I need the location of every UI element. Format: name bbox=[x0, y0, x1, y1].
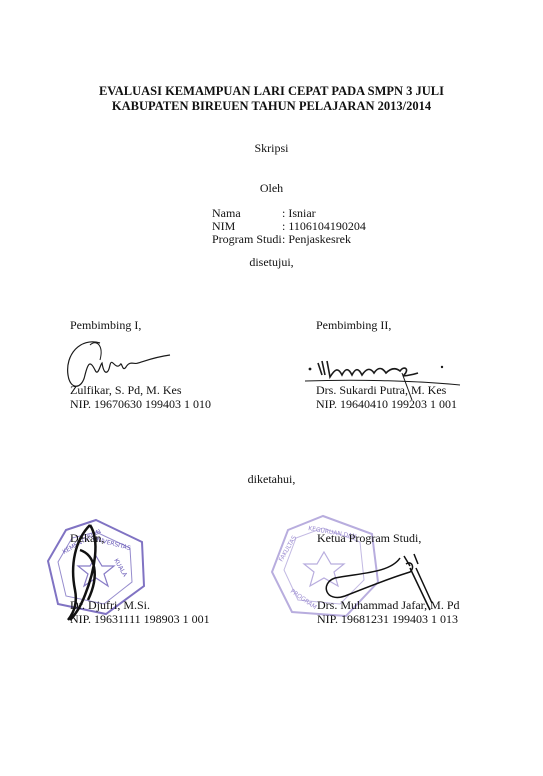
document-type: Skripsi bbox=[0, 141, 543, 156]
document-title-line-1: EVALUASI KEMAMPUAN LARI CEPAT PADA SMPN … bbox=[0, 84, 543, 99]
official-1-role: Dekan, bbox=[70, 531, 104, 545]
student-identity: Nama : Isniar NIM : 1106104190204 Progra… bbox=[212, 207, 366, 246]
svg-text:PROGRAM: PROGRAM bbox=[289, 588, 318, 611]
document-title-line-2: KABUPATEN BIREUEN TAHUN PELAJARAN 2013/2… bbox=[0, 99, 543, 114]
identity-row-program: Program Studi : Penjaskesrek bbox=[212, 233, 366, 246]
advisor-2-role: Pembimbing II, bbox=[316, 318, 391, 332]
official-2-nip: NIP. 19681231 199403 1 013 bbox=[317, 612, 458, 626]
advisor-2-nip: NIP. 19640410 199203 1 001 bbox=[316, 397, 457, 411]
approved-label: disetujui, bbox=[0, 255, 543, 270]
official-1-nip: NIP. 19631111 198903 1 001 bbox=[70, 612, 210, 626]
advisor-1-nip: NIP. 19670630 199403 1 010 bbox=[70, 397, 211, 411]
official-2-name: Drs. Muhammad Jafar, M. Pd bbox=[317, 598, 460, 612]
advisor-1-role: Pembimbing I, bbox=[70, 318, 141, 332]
advisor-2-name: Drs. Sukardi Putra, M. Kes bbox=[316, 383, 446, 397]
advisor-1-name: Zulfikar, S. Pd, M. Kes bbox=[70, 383, 182, 397]
official-2-role: Ketua Program Studi, bbox=[317, 531, 421, 545]
acknowledged-label: diketahui, bbox=[0, 472, 543, 487]
by-label: Oleh bbox=[0, 181, 543, 196]
official-1-name: Dr. Djufri, M.Si. bbox=[70, 598, 150, 612]
